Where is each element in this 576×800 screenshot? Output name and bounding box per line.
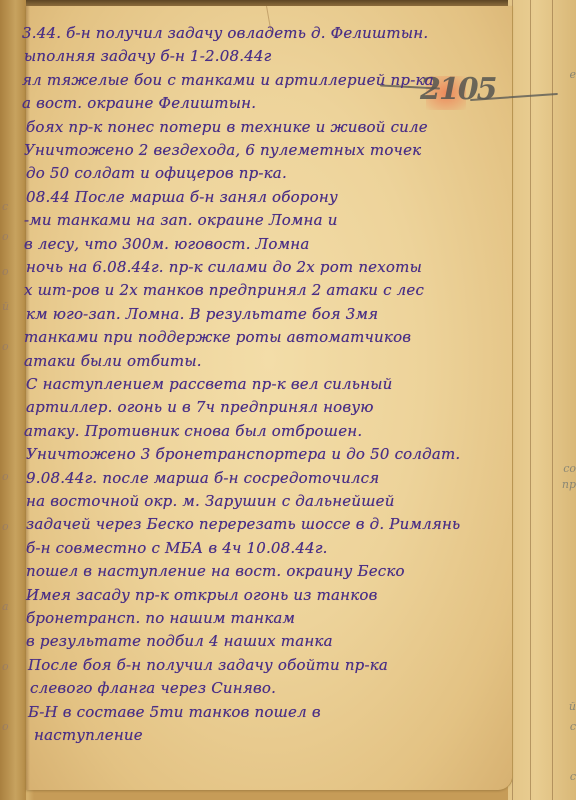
- text-line: слевого фланга через Синяво.: [30, 679, 276, 697]
- text-line: танками при поддержке роты автоматчиков: [24, 328, 411, 346]
- text-line: Б-Н в составе 5ти танков пошел в: [28, 703, 321, 721]
- text-line: С наступлением рассвета пр-к вел сильный: [26, 375, 393, 393]
- margin-ghost-text: с: [2, 200, 8, 213]
- margin-ghost-text: й: [569, 700, 576, 713]
- margin-ghost-text: с: [570, 720, 576, 733]
- margin-ghost-text: о: [2, 720, 9, 733]
- text-line: на восточной окр. м. Зарушин с дальнейше…: [26, 492, 395, 510]
- text-line: наступление: [34, 726, 143, 744]
- text-line: ыполняя задачу б-н 1-2.08.44г: [24, 47, 271, 65]
- margin-ghost-text: о: [2, 520, 9, 533]
- text-line: боях пр-к понес потери в технике и живой…: [26, 118, 428, 136]
- text-line: 08.44 После марша б-н занял оборону: [26, 188, 338, 206]
- document-scan: с о о й о о о а о о е со пр й с с 2105 3…: [0, 0, 576, 800]
- text-line: в лесу, что 300м. юговост. Ломна: [24, 235, 309, 253]
- margin-ghost-text: а: [2, 600, 9, 613]
- margin-ghost-text: пр: [562, 478, 576, 491]
- text-line: атаки были отбиты.: [24, 352, 202, 370]
- text-line: ял тяжелые бои с танками и артиллерией п…: [22, 71, 434, 89]
- underlying-pages-edge: е со пр й с с: [508, 0, 576, 800]
- margin-ghost-text: о: [2, 230, 9, 243]
- text-line: После боя б-н получил задачу обойти пр-к…: [28, 656, 388, 674]
- text-line: а вост. окраине Фелиштын.: [22, 94, 256, 112]
- margin-ghost-text: о: [2, 340, 9, 353]
- text-line: пошел в наступление на вост. окраину Бес…: [26, 562, 405, 580]
- text-line: Уничтожено 2 вездехода, 6 пулеметных точ…: [24, 141, 421, 159]
- text-line: 9.08.44г. после марша б-н сосредоточился: [26, 469, 379, 487]
- margin-ghost-text: о: [2, 265, 9, 278]
- margin-ghost-text: о: [2, 660, 9, 673]
- text-line: бронетрансп. по нашим танкам: [26, 609, 295, 627]
- text-line: -ми танками на зап. окраине Ломна и: [24, 211, 338, 229]
- text-line: атаку. Противник снова был отброшен.: [24, 422, 362, 440]
- text-line: Имея засаду пр-к открыл огонь из танков: [26, 586, 378, 604]
- text-line: до 50 солдат и офицеров пр-ка.: [26, 164, 287, 182]
- text-line: х шт-ров и 2х танков предпринял 2 атаки …: [24, 281, 424, 299]
- margin-ghost-text: й: [2, 300, 9, 313]
- text-line: км юго-зап. Ломна. В результате боя 3мя: [26, 305, 378, 323]
- margin-ghost-text: со: [563, 462, 576, 475]
- text-line: в результате подбил 4 наших танка: [26, 632, 333, 650]
- text-line: Уничтожено 3 бронетранспортера и до 50 с…: [26, 445, 460, 463]
- margin-ghost-text: о: [2, 470, 9, 483]
- text-line: задачей через Беско перерезать шоссе в д…: [26, 515, 460, 533]
- margin-ghost-text: е: [569, 68, 576, 81]
- text-line: артиллер. огонь и в 7ч предпринял новую: [26, 398, 374, 416]
- text-line: ночь на 6.08.44г. пр-к силами до 2х рот …: [26, 258, 422, 276]
- previous-page-edge: с о о й о о о а о о: [0, 0, 26, 800]
- margin-ghost-text: с: [570, 770, 576, 783]
- text-line: 3.44. б-н получил задачу овладеть д. Фел…: [22, 24, 428, 42]
- text-line: б-н совместно с МБА в 4ч 10.08.44г.: [26, 539, 328, 557]
